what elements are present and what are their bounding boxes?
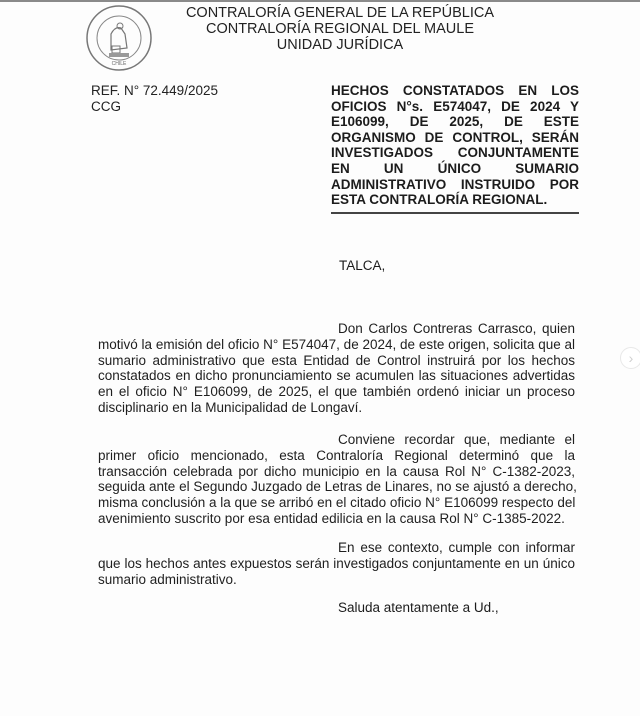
paragraph-3: En ese contexto, cumple con informar que… <box>98 540 575 587</box>
subject-line: INVESTIGADOS CONJUNTAMENTE <box>331 145 579 161</box>
subject-line: OFICIOS N°s. E574047, DE 2024 Y <box>331 99 579 115</box>
paragraph-line: seguida ante el Segundo Juzgado de Letra… <box>98 479 575 495</box>
subject-line: ORGANISMO DE CONTROL, SERÁN <box>331 130 579 146</box>
paragraph-line: Don Carlos Contreras Carrasco, quien <box>98 321 575 337</box>
svg-text:CHILE: CHILE <box>112 61 127 67</box>
letterhead-line-2: CONTRALORÍA REGIONAL DEL MAULE <box>160 21 520 37</box>
paragraph-line: Conviene recordar que, mediante el <box>98 432 575 448</box>
paragraph-line: misma conclusión a la que se arribó en e… <box>98 495 575 511</box>
chevron-right-icon: › <box>629 350 634 366</box>
subject-line: HECHOS CONSTATADOS EN LOS <box>331 83 579 99</box>
letterhead-line-3: UNIDAD JURÍDICA <box>160 37 520 53</box>
subject-block: HECHOS CONSTATADOS EN LOS OFICIOS N°s. E… <box>331 83 579 214</box>
contraloria-seal-icon: CHILE <box>85 4 153 72</box>
reference-number: REF. N° 72.449/2025 <box>91 83 218 99</box>
paragraph-line: avenimiento suscrito por esa entidad edi… <box>98 511 575 527</box>
carousel-next-button[interactable]: › <box>620 347 640 369</box>
paragraph-1: Don Carlos Contreras Carrasco, quien mot… <box>98 321 575 416</box>
paragraph-line: que los hechos antes expuestos serán inv… <box>98 556 575 572</box>
closing-salutation: Saluda atentamente a Ud., <box>338 600 499 615</box>
letterhead-line-1: CONTRALORÍA GENERAL DE LA REPÚBLICA <box>160 5 520 21</box>
paragraph-line: transacción celebrada por dicho municipi… <box>98 464 575 480</box>
paragraph-line: constatados en dicho pronunciamiento se … <box>98 368 575 384</box>
subject-line: EN UN ÚNICO SUMARIO <box>331 161 579 177</box>
paragraph-2: Conviene recordar que, mediante el prime… <box>98 432 575 527</box>
letterhead: CONTRALORÍA GENERAL DE LA REPÚBLICA CONT… <box>160 5 520 53</box>
paragraph-line: En ese contexto, cumple con informar <box>98 540 575 556</box>
top-border <box>0 0 640 2</box>
reference-initials: CCG <box>91 99 218 115</box>
paragraph-line: motivó la emisión del oficio N° E574047,… <box>98 337 575 353</box>
paragraph-line: primer oficio mencionado, esta Contralor… <box>98 448 575 464</box>
reference-block: REF. N° 72.449/2025 CCG <box>91 83 218 115</box>
subject-line: ESTA CONTRALORÍA REGIONAL. <box>331 192 579 208</box>
paragraph-line: sumario administrativo que esta Entidad … <box>98 353 575 369</box>
place-line: TALCA, <box>339 258 385 273</box>
subject-line: E106099, DE 2025, DE ESTE <box>331 114 579 130</box>
subject-line: ADMINISTRATIVO INSTRUIDO POR <box>331 177 579 193</box>
paragraph-line: en el oficio N° E106099, de 2025, el que… <box>98 384 575 400</box>
paragraph-line: disciplinario en la Municipalidad de Lon… <box>98 400 575 416</box>
paragraph-line: sumario administrativo. <box>98 572 575 588</box>
